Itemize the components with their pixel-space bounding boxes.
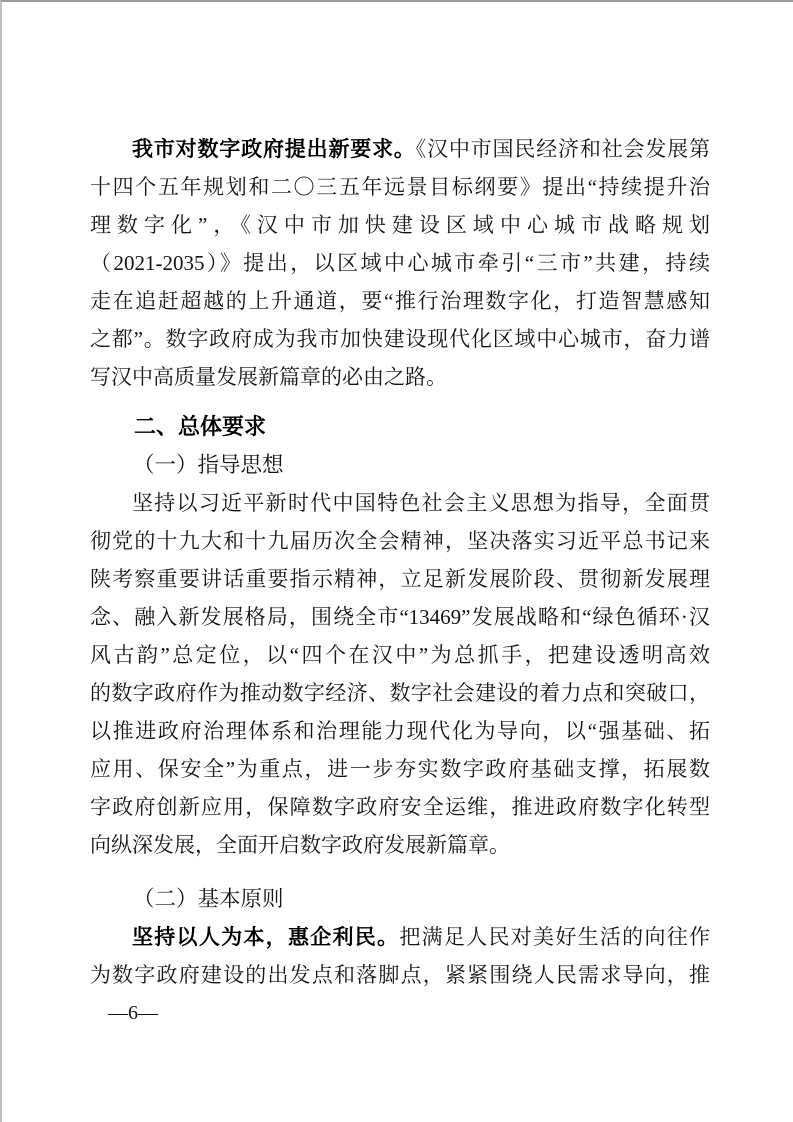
line-rest: 《汉中市国民经济和社会发展第 bbox=[416, 137, 710, 161]
text-line: 风古韵”总定位，以“四个在汉中”为总抓手，把建设透明高效 bbox=[90, 636, 710, 674]
text-line: （2021-2035）》提出，以区域中心城市牵引“三市”共建，持续 bbox=[90, 244, 710, 282]
paragraph-people-oriented: 坚持以人为本，惠企利民。把满足人民对美好生活的向往作 为数字政府建设的出发点和落… bbox=[90, 918, 710, 994]
subsection-heading-basic-principles: （二）基本原则 bbox=[90, 880, 710, 918]
text-line: 写汉中高质量发展新篇章的必由之路。 bbox=[90, 358, 710, 396]
paragraph-guiding-thought: 坚持以习近平新时代中国特色社会主义思想为指导，全面贯 彻党的十九大和十九届历次全… bbox=[90, 484, 710, 864]
text-line: 十四个五年规划和二〇三五年远景目标纲要》提出“持续提升治 bbox=[90, 168, 710, 206]
text-line: 理数字化”，《汉中市加快建设区域中心城市战略规划 bbox=[90, 206, 710, 244]
text-line: 念、融入新发展格局，围绕全市“13469”发展战略和“绿色循环·汉 bbox=[90, 598, 710, 636]
text-line: 应用、保安全”为重点，进一步夯实数字政府基础支撑，拓展数 bbox=[90, 750, 710, 788]
text-line: 彻党的十九大和十九届历次全会精神，坚决落实习近平总书记来 bbox=[90, 522, 710, 560]
document-body: 我市对数字政府提出新要求。《汉中市国民经济和社会发展第 十四个五年规划和二〇三五… bbox=[2, 2, 793, 1032]
text-line: 陕考察重要讲话重要指示精神，立足新发展阶段、贯彻新发展理 bbox=[90, 560, 710, 598]
text-line: 走在追赶超越的上升通道，要“推行治理数字化，打造智慧感知 bbox=[90, 282, 710, 320]
section-heading-overall-requirements: 二、总体要求 bbox=[90, 408, 710, 446]
bold-lead: 坚持以人为本，惠企利民。 bbox=[132, 926, 399, 949]
text-line: 的数字政府作为推动数字经济、数字社会建设的着力点和突破口， bbox=[90, 674, 710, 712]
paragraph-lines: 为数字政府建设的出发点和落脚点，紧紧围绕人民需求导向，推 bbox=[90, 956, 710, 994]
paragraph-lines: 十四个五年规划和二〇三五年远景目标纲要》提出“持续提升治理数字化”，《汉中市加快… bbox=[90, 168, 710, 358]
text-line: 坚持以习近平新时代中国特色社会主义思想为指导，全面贯 bbox=[90, 484, 710, 522]
text-line: 我市对数字政府提出新要求。《汉中市国民经济和社会发展第 bbox=[90, 130, 710, 168]
text-line: 字政府创新应用，保障数字政府安全运维，推进政府数字化转型 bbox=[90, 788, 710, 826]
text-line: 向纵深发展，全面开启数字政府发展新篇章。 bbox=[90, 826, 710, 864]
text-line: 为数字政府建设的出发点和落脚点，紧紧围绕人民需求导向，推 bbox=[90, 956, 710, 994]
text-line: 之都”。数字政府成为我市加快建设现代化区域中心城市，奋力谱 bbox=[90, 320, 710, 358]
line-rest: 把满足人民对美好生活的向往作 bbox=[399, 925, 710, 949]
page-number: —6— bbox=[108, 994, 710, 1032]
paragraph-lines: 彻党的十九大和十九届历次全会精神，坚决落实习近平总书记来陕考察重要讲话重要指示精… bbox=[90, 522, 710, 826]
text-line: 以推进政府治理体系和治理能力现代化为导向，以“强基础、拓 bbox=[90, 712, 710, 750]
subsection-heading-guiding-thought: （一）指导思想 bbox=[90, 446, 710, 484]
text-line: 坚持以人为本，惠企利民。把满足人民对美好生活的向往作 bbox=[90, 918, 710, 956]
paragraph-new-requirements: 我市对数字政府提出新要求。《汉中市国民经济和社会发展第 十四个五年规划和二〇三五… bbox=[90, 130, 710, 396]
document-page: 我市对数字政府提出新要求。《汉中市国民经济和社会发展第 十四个五年规划和二〇三五… bbox=[0, 0, 793, 1122]
bold-lead: 我市对数字政府提出新要求。 bbox=[132, 138, 416, 161]
